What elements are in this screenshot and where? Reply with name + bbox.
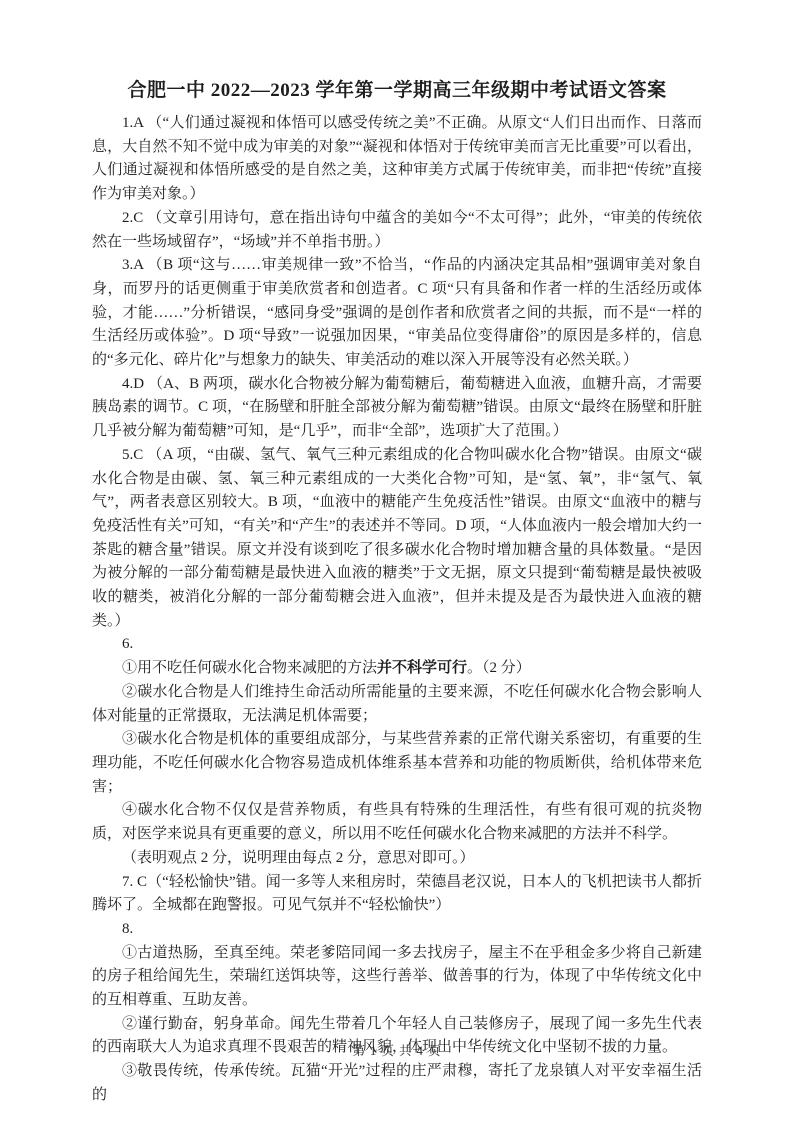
answer-paragraph: ②碳水化合物是人们维持生命活动所需能量的主要来源，不吃任何碳水化合物会影响人体对… [92, 681, 702, 728]
answer-text: 5.C （A 项，“由碳、氢气、氧气三种元素组成的化合物叫碳水化合物”错误。由原… [92, 447, 702, 629]
answer-text: ③碳水化合物是机体的重要组成部分，与某些营养素的正常代谢关系密切，有重要的生理功… [92, 731, 702, 794]
answer-text: 6. [122, 636, 133, 652]
answer-paragraph: （表明观点 2 分，说明理由每点 2 分，意思对即可。） [92, 847, 702, 871]
answer-text: 1.A （“人们通过凝视和体悟可以感受传统之美”不正确。从原文“人们日出而作、日… [92, 115, 702, 202]
answer-text: ④碳水化合物不仅仅是营养物质，有些具有特殊的生理活性，有些有很可观的抗炎物质，对… [92, 802, 702, 842]
answer-paragraph: 8. [92, 918, 702, 942]
answer-text: ①古道热肠，至真至纯。荣老爹陪同闻一多去找房子，屋主不在乎租金多少将自己新建的房… [92, 945, 702, 1008]
answer-paragraph: 5.C （A 项，“由碳、氢气、氧气三种元素组成的化合物叫碳水化合物”错误。由原… [92, 444, 702, 634]
answer-text: 4.D （A、B 两项，碳水化合物被分解为葡萄糖后，葡萄糖进入血液，血糖升高，才… [92, 376, 702, 439]
answer-paragraph: 2.C （文章引用诗句，意在指出诗句中蕴含的美如今“不太可得”；此外，“审美的传… [92, 207, 702, 254]
answer-paragraph: 7. C（“轻松愉快”错。闻一多等人来租房时，荣德昌老汉说，日本人的飞机把读书人… [92, 871, 702, 918]
answer-text: 7. C（“轻松愉快”错。闻一多等人来租房时，荣德昌老汉说，日本人的飞机把读书人… [92, 874, 702, 914]
answer-text: ①用不吃任何碳水化合物来减肥的方法 [122, 660, 377, 676]
answer-text: ③敬畏传统，传承传统。瓦猫“开光”过程的庄严肃穆，寄托了龙泉镇人对平安幸福生活的 [92, 1063, 702, 1103]
answer-paragraph: ①古道热肠，至真至纯。荣老爹陪同闻一多去找房子，屋主不在乎租金多少将自己新建的房… [92, 942, 702, 1013]
bold-answer-text: 并不科学可行 [377, 660, 467, 676]
answer-text: （表明观点 2 分，说明理由每点 2 分，意思对即可。） [122, 850, 475, 866]
answer-paragraph: 1.A （“人们通过凝视和体悟可以感受传统之美”不正确。从原文“人们日出而作、日… [92, 112, 702, 207]
answer-paragraph: ③碳水化合物是机体的重要组成部分，与某些营养素的正常代谢关系密切，有重要的生理功… [92, 728, 702, 799]
answer-text: 。（2 分） [467, 660, 531, 676]
document-title: 合肥一中 2022—2023 学年第一学期高三年级期中考试语文答案 [92, 76, 702, 106]
answer-paragraph: ④碳水化合物不仅仅是营养物质，有些具有特殊的生理活性，有些有很可观的抗炎物质，对… [92, 799, 702, 846]
answer-text: 3.A （B 项“这与……审美规律一致”不恰当，“作品的内涵决定其品相”强调审美… [92, 257, 702, 368]
document-page: 合肥一中 2022—2023 学年第一学期高三年级期中考试语文答案 1.A （“… [0, 0, 794, 1122]
answer-text: 2.C （文章引用诗句，意在指出诗句中蕴含的美如今“不太可得”；此外，“审美的传… [92, 210, 702, 250]
answer-paragraph: ①用不吃任何碳水化合物来减肥的方法并不科学可行。（2 分） [92, 657, 702, 681]
answer-paragraph: 4.D （A、B 两项，碳水化合物被分解为葡萄糖后，葡萄糖进入血液，血糖升高，才… [92, 373, 702, 444]
answer-text: 8. [122, 921, 133, 937]
answer-paragraph: ③敬畏传统，传承传统。瓦猫“开光”过程的庄严肃穆，寄托了龙泉镇人对平安幸福生活的 [92, 1060, 702, 1107]
answer-text: ②碳水化合物是人们维持生命活动所需能量的主要来源，不吃任何碳水化合物会影响人体对… [92, 684, 702, 724]
answer-paragraph: 3.A （B 项“这与……审美规律一致”不恰当，“作品的内涵决定其品相”强调审美… [92, 254, 702, 373]
page-number-footer: 第 1 页 共 4 页 [0, 1042, 794, 1060]
answer-paragraph: 6. [92, 633, 702, 657]
answer-body: 1.A （“人们通过凝视和体悟可以感受传统之美”不正确。从原文“人们日出而作、日… [92, 112, 702, 1108]
